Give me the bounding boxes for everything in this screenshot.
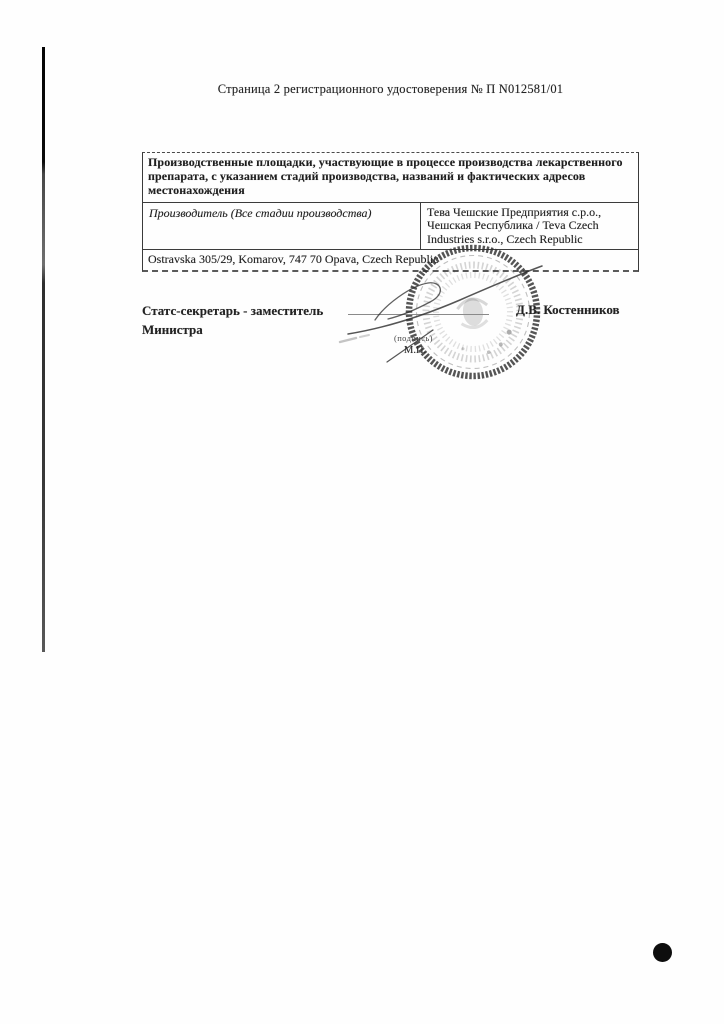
document-page: Страница 2 регистрационного удостоверени…	[0, 0, 724, 1024]
page-header: Страница 2 регистрационного удостоверени…	[142, 82, 639, 97]
signatory-title-line2: Министра	[142, 322, 203, 337]
scan-artifact-dot	[653, 943, 672, 962]
scan-artifact-vertical-line	[42, 47, 45, 652]
table-header: Производственные площадки, участвующие в…	[143, 153, 638, 203]
manufacturer-label: Производитель (Все стадии производства)	[143, 203, 421, 250]
handwritten-signature	[330, 250, 560, 370]
signatory-title-line1: Статс-секретарь - заместитель	[142, 303, 323, 318]
